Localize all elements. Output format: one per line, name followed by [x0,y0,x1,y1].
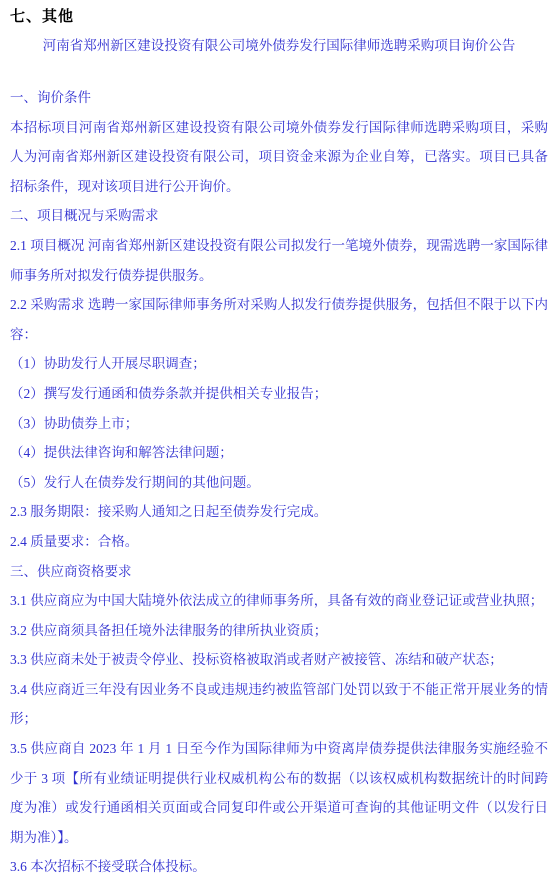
paragraph: 3.2 供应商须具备担任境外法律服务的律所执业资质； [10,616,548,646]
section-heading: 七、其他 [10,7,548,28]
paragraph: （3）协助债券上市； [10,409,548,439]
paragraph: 本招标项目河南省郑州新区建设投资有限公司境外债券发行国际律师选聘采购项目，采购人… [10,113,548,202]
paragraph: 2.4 质量要求：合格。 [10,527,548,557]
paragraph: 一、询价条件 [10,83,548,113]
paragraph: 2.3 服务期限：接采购人通知之日起至债券发行完成。 [10,497,548,527]
paragraph: （2）撰写发行通函和债券条款并提供相关专业报告； [10,379,548,409]
paragraph: （4）提供法律咨询和解答法律问题； [10,438,548,468]
paragraph: 2.1 项目概况 河南省郑州新区建设投资有限公司拟发行一笔境外债券，现需选聘一家… [10,231,548,290]
paragraph: 二、项目概况与采购需求 [10,201,548,231]
document-page: 七、其他 河南省郑州新区建设投资有限公司境外债券发行国际律师选聘采购项目询价公告… [0,0,557,889]
paragraph: 3.3 供应商未处于被责令停业、投标资格被取消或者财产被接管、冻结和破产状态； [10,645,548,675]
paragraph: 3.6 本次招标不接受联合体投标。 [10,852,548,882]
paragraph: 三、供应商资格要求 [10,557,548,587]
announcement-title: 河南省郑州新区建设投资有限公司境外债券发行国际律师选聘采购项目询价公告 [10,35,548,56]
paragraph: （1）协助发行人开展尽职调查； [10,349,548,379]
paragraph: 2.2 采购需求 选聘一家国际律师事务所对采购人拟发行债券提供服务，包括但不限于… [10,290,548,349]
paragraph: 3.4 供应商近三年没有因业务不良或违规违约被监管部门处罚以致于不能正常开展业务… [10,675,548,734]
paragraph: 3.1 供应商应为中国大陆境外依法成立的律师事务所，具备有效的商业登记证或营业执… [10,586,548,616]
paragraph: （5）发行人在债券发行期间的其他问题。 [10,468,548,498]
document-body: 一、询价条件本招标项目河南省郑州新区建设投资有限公司境外债券发行国际律师选聘采购… [10,83,548,882]
paragraph: 3.5 供应商自 2023 年 1 月 1 日至今作为国际律师为中资离岸债券提供… [10,734,548,852]
